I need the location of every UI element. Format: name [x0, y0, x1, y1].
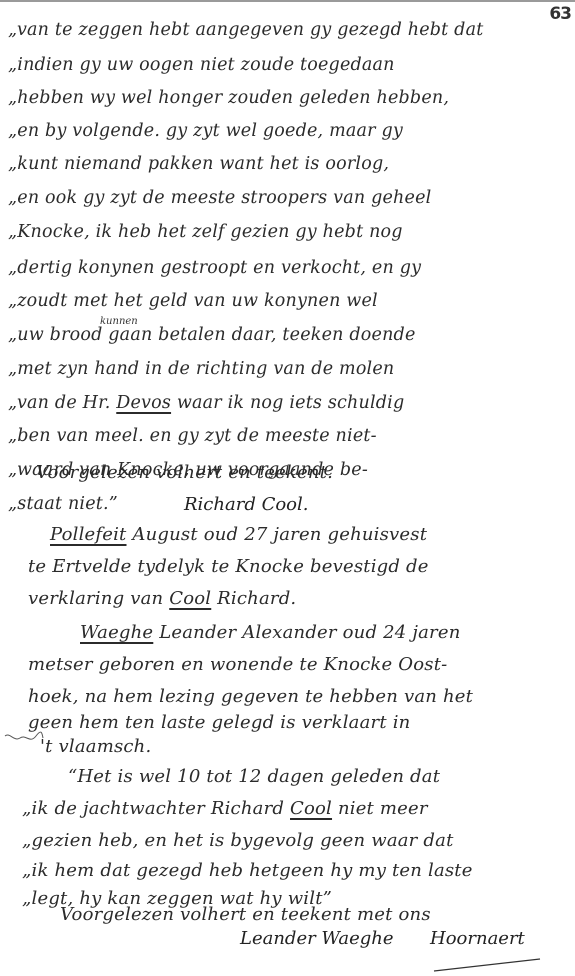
underlined-name-cool-2: Cool: [290, 798, 332, 819]
witness-2-line-3: hoek, na hem lezing gegeven te hebben va…: [28, 686, 473, 707]
statement-line-10: „uw brood gaan betalen daar, teeken doen…: [8, 325, 416, 345]
witness-2-line-1: Waeghe Leander Alexander oud 24 jaren: [80, 622, 461, 643]
witness-1-line-3: verklaring van Cool Richard.: [28, 588, 296, 609]
witness-1-surname: Pollefeit: [50, 524, 127, 545]
statement-line-5: „kunt niemand pakken want het is oorlog,: [8, 154, 389, 174]
witness-2-line-5: 't vlaamsch.: [40, 736, 151, 757]
quote-2-line-2: „ik de jachtwachter Richard Cool niet me…: [22, 798, 428, 819]
statement-line-7: „Knocke, ik heb het zelf gezien gy hebt …: [8, 222, 403, 242]
quote-2-line-1: “Het is wel 10 tot 12 dagen geleden dat: [68, 766, 440, 787]
statement-line-12-prefix: „van de Hr.: [8, 393, 116, 413]
quote-2-line-3: „gezien heb, en het is bygevolg geen waa…: [22, 830, 454, 851]
statement-line-3: „hebben wy wel honger zouden geleden heb…: [8, 88, 449, 108]
signature-richard-cool: Richard Cool.: [184, 494, 309, 515]
witness-1-line-1: Pollefeit August oud 27 jaren gehuisvest: [50, 524, 427, 545]
underlined-name-devos: Devos: [116, 393, 171, 413]
statement-line-11: „met zyn hand in de richting van de mole…: [8, 359, 394, 379]
closing-read-aloud-2: Voorgelezen volhert en teekent met ons: [60, 904, 431, 925]
underlined-name-cool: Cool: [169, 588, 211, 609]
witness-1-line-2: te Ertvelde tydelyk te Knocke bevestigd …: [28, 556, 429, 577]
signature-flourish-line: [432, 955, 542, 973]
statement-line-9: „zoudt met het geld van uw konynen wel: [8, 291, 378, 311]
statement-line-6: „en ook gy zyt de meeste stroopers van g…: [8, 188, 431, 208]
closing-read-aloud-1: Voorgelezen volhert en teekent.: [36, 462, 333, 483]
signature-hoornaert: Hoornaert: [430, 928, 525, 949]
quote-2-line-2-prefix: „ik de jachtwachter Richard: [22, 798, 290, 819]
top-border-rule: [0, 0, 575, 2]
statement-line-15: „staat niet.”: [8, 494, 118, 514]
witness-2-surname: Waeghe: [80, 622, 153, 643]
statement-line-12-rest: waar ik nog iets schuldig: [171, 393, 404, 413]
page-number: 63: [549, 4, 571, 24]
statement-line-13: „ben van meel. en gy zyt de meeste niet-: [8, 426, 377, 446]
quote-2-line-4: „ik hem dat gezegd heb hetgeen hy my ten…: [22, 860, 473, 881]
witness-2-line-4: geen hem ten laste gelegd is verklaart i…: [28, 712, 410, 733]
witness-1-line-1-rest: August oud 27 jaren gehuisvest: [127, 524, 428, 545]
witness-1-line-3-rest: Richard.: [211, 588, 296, 609]
witness-2-line-2: metser geboren en wonende te Knocke Oost…: [28, 654, 447, 675]
statement-line-8: „dertig konynen gestroopt en verkocht, e…: [8, 258, 421, 278]
statement-line-4: „en by volgende. gy zyt wel goede, maar …: [8, 121, 403, 141]
statement-line-12: „van de Hr. Devos waar ik nog iets schul…: [8, 393, 404, 413]
margin-squiggle-mark: [4, 730, 44, 746]
witness-2-line-1-rest: Leander Alexander oud 24 jaren: [153, 622, 460, 643]
witness-1-line-3-prefix: verklaring van: [28, 588, 169, 609]
quote-2-line-2-rest: niet meer: [332, 798, 428, 819]
statement-line-1: „van te zeggen hebt aangegeven gy gezegd…: [8, 20, 483, 40]
statement-line-2: „indien gy uw oogen niet zoude toegedaan: [8, 55, 395, 75]
signature-leander-waeghe: Leander Waeghe: [240, 928, 394, 949]
